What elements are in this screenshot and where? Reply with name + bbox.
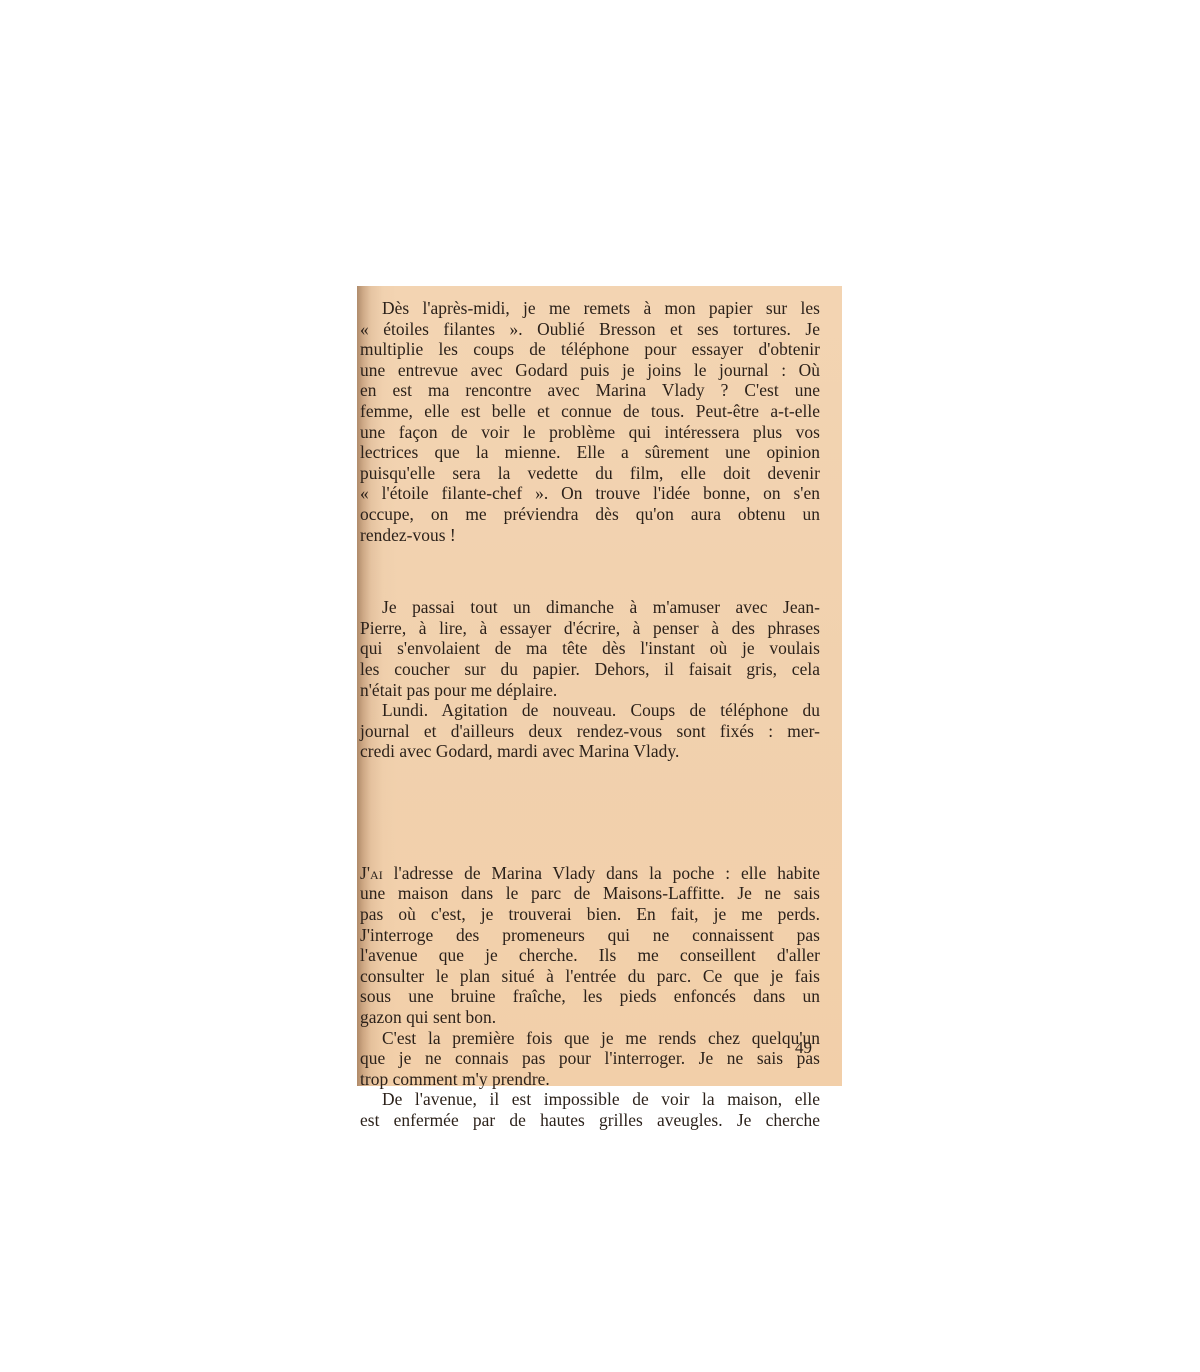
text-line: est enfermée par de hautes grilles aveug…	[360, 1110, 820, 1131]
text-line: Dès l'après-midi, je me remets à mon pap…	[360, 298, 820, 319]
text-line: J'interroge des promeneurs qui ne connai…	[360, 925, 820, 946]
text-line: rendez-vous !	[360, 525, 820, 546]
text-line: n'était pas pour me déplaire.	[360, 680, 820, 701]
text-line: occupe, on me préviendra dès qu'on aura …	[360, 504, 820, 525]
text-line: Je passai tout un dimanche à m'amuser av…	[360, 597, 820, 618]
text-line: credi avec Godard, mardi avec Marina Vla…	[360, 741, 820, 762]
paragraph: J'ai l'adresse de Marina Vlady dans la p…	[360, 863, 820, 1028]
paragraph: Lundi. Agitation de nouveau. Coups de té…	[360, 700, 820, 762]
text-line: en est ma rencontre avec Marina Vlady ? …	[360, 380, 820, 401]
text-section: Dès l'après-midi, je me remets à mon pap…	[360, 298, 820, 545]
text-section: J'ai l'adresse de Marina Vlady dans la p…	[360, 863, 820, 1131]
small-caps-lead: J'ai	[360, 863, 383, 883]
text-line: une maison dans le parc de Maisons-Laffi…	[360, 883, 820, 904]
text-line: sous une bruine fraîche, les pieds enfon…	[360, 986, 820, 1007]
text-line: J'ai l'adresse de Marina Vlady dans la p…	[360, 863, 820, 884]
text-line: consulter le plan situé à l'entrée du pa…	[360, 966, 820, 987]
text-line: qui s'envolaient de ma tête dès l'instan…	[360, 638, 820, 659]
text-line: lectrices que la mienne. Elle a sûrement…	[360, 442, 820, 463]
book-page: Dès l'après-midi, je me remets à mon pap…	[357, 286, 842, 1086]
paragraph: De l'avenue, il est impossible de voir l…	[360, 1089, 820, 1130]
section-break	[360, 762, 820, 863]
text-line: C'est la première fois que je me rends c…	[360, 1028, 820, 1049]
section-break	[360, 545, 820, 597]
text-section: Je passai tout un dimanche à m'amuser av…	[360, 597, 820, 762]
text-line: Lundi. Agitation de nouveau. Coups de té…	[360, 700, 820, 721]
text-line: une façon de voir le problème qui intére…	[360, 422, 820, 443]
text-line: puisqu'elle sera la vedette du film, ell…	[360, 463, 820, 484]
text-line: une entrevue avec Godard puis je joins l…	[360, 360, 820, 381]
text-line: femme, elle est belle et connue de tous.…	[360, 401, 820, 422]
paragraph: Je passai tout un dimanche à m'amuser av…	[360, 597, 820, 700]
text-line: « étoiles filantes ». Oublié Bresson et …	[360, 319, 820, 340]
text-line: multiplie les coups de téléphone pour es…	[360, 339, 820, 360]
text-line: « l'étoile filante-chef ». On trouve l'i…	[360, 483, 820, 504]
text-line: que je ne connais pas pour l'interroger.…	[360, 1048, 820, 1069]
paragraph: C'est la première fois que je me rends c…	[360, 1028, 820, 1090]
page-text: Dès l'après-midi, je me remets à mon pap…	[360, 298, 820, 1131]
text-line: l'avenue que je cherche. Ils me conseill…	[360, 945, 820, 966]
text-line: journal et d'ailleurs deux rendez-vous s…	[360, 721, 820, 742]
paragraph: Dès l'après-midi, je me remets à mon pap…	[360, 298, 820, 545]
text-line: trop comment m'y prendre.	[360, 1069, 820, 1090]
text-line: les coucher sur du papier. Dehors, il fa…	[360, 659, 820, 680]
text-line: pas où c'est, je trouverai bien. En fait…	[360, 904, 820, 925]
text-line: De l'avenue, il est impossible de voir l…	[360, 1089, 820, 1110]
page-number: 49	[795, 1038, 812, 1058]
text-line: Pierre, à lire, à essayer d'écrire, à pe…	[360, 618, 820, 639]
text-line: gazon qui sent bon.	[360, 1007, 820, 1028]
